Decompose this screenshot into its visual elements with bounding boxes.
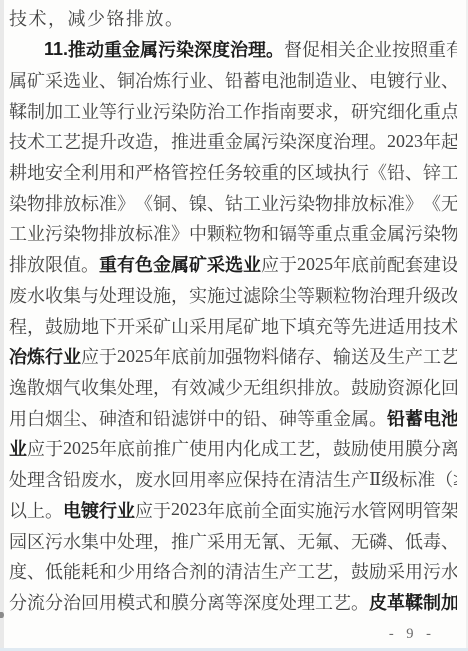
text-char: 技: [9, 128, 27, 154]
text-char: 准: [417, 466, 435, 492]
text-char: 、: [405, 159, 423, 185]
text-char: 细: [387, 98, 405, 124]
text-char: 工: [243, 190, 261, 216]
text-char: 离: [441, 435, 457, 461]
text-char: 排: [126, 5, 144, 31]
text-char: 少: [117, 558, 135, 584]
text-char: 水: [99, 466, 117, 492]
text-char: ，: [27, 313, 45, 339]
text-char: 铜: [153, 190, 171, 216]
text-char: 池: [279, 67, 297, 93]
text-char: 应: [27, 435, 45, 461]
text-char: 提: [81, 128, 99, 154]
text-char: 用: [99, 589, 117, 615]
text-char: 。: [81, 251, 99, 277]
text-char: 属: [387, 220, 405, 246]
text-char: 属: [9, 67, 27, 93]
text-char: 改: [117, 128, 135, 154]
text-char: 白: [27, 405, 45, 431]
text-char: 等: [297, 220, 315, 246]
text-char: 治: [369, 282, 387, 308]
text-char: 采: [189, 313, 207, 339]
text-char: 回: [81, 589, 99, 615]
text-char: 域: [315, 159, 333, 185]
text-char: 、: [315, 343, 333, 369]
text-char: 与: [81, 282, 99, 308]
text-char: 标: [399, 466, 417, 492]
text-char: 物: [243, 343, 261, 369]
text-char: 生: [333, 466, 351, 492]
text-char: 艺: [333, 589, 351, 615]
document-body: 技术，减少铬排放。11.推动重金属污染深度治理。督促相关企业按照重有色金属矿采选…: [9, 3, 457, 617]
text-char: 滤: [171, 405, 189, 431]
text-char: 地: [27, 159, 45, 185]
text-char: 制: [297, 67, 315, 93]
text-char: 值: [63, 251, 81, 277]
text-char: 强: [225, 343, 243, 369]
text-char: 、: [81, 405, 99, 431]
text-char: 在: [279, 466, 297, 492]
text-char: 废: [135, 466, 153, 492]
text-char: 减: [207, 374, 225, 400]
bold-text-char: 业: [117, 497, 135, 523]
text-char: 。: [165, 5, 183, 31]
bold-text-char: 业: [63, 343, 81, 369]
bold-text-char: 重: [104, 36, 122, 62]
text-char: 、: [27, 558, 45, 584]
text-char: 业: [189, 67, 207, 93]
text-char: 重: [207, 128, 225, 154]
text-char: 下: [279, 313, 297, 339]
text-char: 及: [369, 343, 387, 369]
text-char: 升: [99, 128, 117, 154]
text-char: Ⅱ: [369, 469, 381, 490]
text-char: 》: [405, 190, 423, 216]
text-char: 用: [99, 159, 117, 185]
text-char: 业: [27, 220, 45, 246]
text-char: 工: [225, 98, 243, 124]
text-char: 用: [189, 466, 207, 492]
text-char: 等: [297, 405, 315, 431]
text-char: 金: [333, 405, 351, 431]
text-char: 物: [351, 282, 369, 308]
text-char: 于: [153, 497, 171, 523]
bold-text-char: 炼: [27, 343, 45, 369]
text-char: 充: [315, 313, 333, 339]
text-char: 架: [441, 497, 457, 523]
text-char: 和: [117, 159, 135, 185]
text-char: 铅: [153, 405, 171, 431]
text-char: 成: [261, 435, 279, 461]
text-char: 内: [225, 435, 243, 461]
text-char: 业: [81, 98, 99, 124]
text-char: 区: [297, 159, 315, 185]
text-char: 分: [9, 589, 27, 615]
text-char: 。: [369, 405, 387, 431]
text-char: 广: [171, 435, 189, 461]
text-char: 属: [243, 128, 261, 154]
text-char: 鞣: [9, 98, 27, 124]
text-char: 排: [333, 190, 351, 216]
text-char: 艺: [441, 343, 457, 369]
text-char: 耗: [81, 558, 99, 584]
text-char: 年: [423, 128, 441, 154]
text-char: 理: [297, 589, 315, 615]
text-char: 磷: [369, 528, 387, 554]
text-char: 织: [279, 374, 297, 400]
text-char: 励: [63, 313, 81, 339]
text-char: ，: [48, 5, 66, 31]
text-line: 鞣制加工业等行业污染防治工作指南要求，研究细化重点行业: [9, 95, 457, 126]
text-char: 重: [423, 98, 441, 124]
text-char: 度: [9, 558, 27, 584]
text-char: 采: [45, 67, 63, 93]
text-char: 深: [243, 589, 261, 615]
text-char: 选: [63, 67, 81, 93]
text-char: 前: [369, 251, 387, 277]
text-char: 水: [153, 466, 171, 492]
text-char: 离: [207, 589, 225, 615]
text-char: 、: [441, 528, 457, 554]
text-char: 前: [135, 435, 153, 461]
text-char: 尘: [279, 282, 297, 308]
text-char: 采: [135, 313, 153, 339]
text-char: （: [435, 466, 453, 492]
text-char: 铅: [63, 466, 81, 492]
text-char: 染: [63, 220, 81, 246]
bold-text-char: 度: [212, 36, 230, 62]
text-char: 工: [297, 558, 315, 584]
text-char: 的: [207, 558, 225, 584]
text-char: 砷: [99, 405, 117, 431]
text-line: 度、低能耗和少用络合剂的清洁生产工艺，鼓励采用污水分质: [9, 556, 457, 587]
text-char: 使: [369, 435, 387, 461]
text-char: 限: [45, 251, 63, 277]
bold-text-char: 色: [135, 251, 153, 277]
text-char: 治: [207, 98, 225, 124]
text-char: 开: [117, 313, 135, 339]
text-char: 广: [189, 528, 207, 554]
text-char: 应: [261, 251, 279, 277]
text-line: 业应于2025年底前推广使用内化成工艺，鼓励使用膜分离技术: [9, 433, 457, 464]
text-char: 要: [297, 98, 315, 124]
text-char: ，: [171, 282, 189, 308]
text-char: 收: [45, 282, 63, 308]
text-char: 等: [333, 313, 351, 339]
text-char: 工: [315, 589, 333, 615]
text-char: 用: [405, 313, 423, 339]
bold-text-char: 行: [99, 497, 117, 523]
text-char: 应: [135, 497, 153, 523]
text-char: 标: [135, 220, 153, 246]
bold-text-char: 染: [176, 36, 194, 62]
text-char: 准: [387, 190, 405, 216]
text-char: 、: [279, 528, 297, 554]
text-char: 艺: [63, 128, 81, 154]
text-char: 存: [297, 343, 315, 369]
text-char: 。: [45, 497, 63, 523]
text-char: 染: [423, 220, 441, 246]
text-char: 合: [171, 558, 189, 584]
text-char: 物: [243, 220, 261, 246]
text-line: 分流分治回用模式和膜分离等深度处理工艺。皮革鞣制加工业: [9, 587, 457, 618]
text-char: 励: [369, 558, 387, 584]
text-char: 利: [81, 159, 99, 185]
bold-text-char: 有: [117, 251, 135, 277]
text-char: 《: [423, 190, 441, 216]
text-char: 砷: [279, 405, 297, 431]
text-char: 处: [9, 466, 27, 492]
text-char: 饼: [189, 405, 207, 431]
text-char: 年: [99, 435, 117, 461]
text-char: 产: [279, 558, 297, 584]
text-char: 以: [9, 497, 27, 523]
bold-text-char: 属: [140, 36, 158, 62]
text-char: 工: [423, 343, 441, 369]
text-char: 产: [351, 466, 369, 492]
text-char: 面: [279, 497, 297, 523]
text-char: 放: [27, 251, 45, 277]
text-char: 除: [261, 282, 279, 308]
text-char: 处: [117, 528, 135, 554]
text-char: 物: [81, 220, 99, 246]
text-char: 级: [423, 282, 441, 308]
text-char: ，: [117, 466, 135, 492]
scan-edge-left: [0, 0, 4, 651]
text-char: 施: [153, 282, 171, 308]
text-char: 矿: [27, 67, 45, 93]
text-char: 技: [423, 313, 441, 339]
text-char: 级: [381, 466, 399, 492]
text-char: 业: [374, 36, 392, 62]
text-char: 、: [387, 528, 405, 554]
text-char: 准: [99, 190, 117, 216]
text-char: 较: [243, 159, 261, 185]
text-char: 用: [135, 558, 153, 584]
text-char: 模: [117, 589, 135, 615]
bold-text-char: 金: [122, 36, 140, 62]
text-char: 储: [279, 343, 297, 369]
text-char: 。: [351, 589, 369, 615]
text-char: 、: [99, 67, 117, 93]
text-line: 11.推动重金属污染深度治理。督促相关企业按照重有色金: [9, 34, 457, 65]
text-char: 理: [135, 374, 153, 400]
text-char: 和: [153, 589, 171, 615]
text-char: 染: [171, 98, 189, 124]
text-char: 分: [423, 435, 441, 461]
text-char: ，: [153, 374, 171, 400]
text-line: 工业污染物排放标准》中颗粒物和镉等重点重金属污染物特别: [9, 218, 457, 249]
scan-artifact-speck: [0, 612, 4, 618]
text-char: 剂: [189, 558, 207, 584]
text-char: 区: [27, 528, 45, 554]
bold-text-char: 制: [423, 589, 441, 615]
text-char: 于: [279, 251, 297, 277]
text-char: ，: [153, 128, 171, 154]
text-char: 鼓: [351, 374, 369, 400]
text-char: 全: [261, 497, 279, 523]
bold-text-char: 深: [194, 36, 212, 62]
text-char: 、: [261, 405, 279, 431]
text-char: 钴: [225, 190, 243, 216]
text-char: 水: [27, 282, 45, 308]
bold-text-char: 革: [387, 589, 405, 615]
text-char: 放: [117, 220, 135, 246]
text-line: 耕地安全利用和严格管控任务较重的区域执行《铅、锌工业污: [9, 157, 457, 188]
text-char: 2025: [117, 346, 153, 367]
text-char: 工: [279, 435, 297, 461]
text-char: 集: [63, 282, 81, 308]
bold-text-char: 治: [230, 36, 248, 62]
text-char: 流: [27, 589, 45, 615]
text-char: 准: [153, 220, 171, 246]
text-char: 重: [261, 159, 279, 185]
text-char: 用: [9, 405, 27, 431]
text-char: 化: [405, 98, 423, 124]
text-line: 技术工艺提升改造，推进重金属污染深度治理。2023年起，在: [9, 126, 457, 157]
text-char: 源: [405, 374, 423, 400]
text-char: 严: [135, 159, 153, 185]
text-char: 铅: [243, 405, 261, 431]
text-char: 研: [351, 98, 369, 124]
bold-text-char: 皮: [369, 589, 387, 615]
text-char: 进: [189, 128, 207, 154]
text-char: 鼓: [351, 558, 369, 584]
bold-text-char: 电: [423, 405, 441, 431]
text-char: 排: [45, 190, 63, 216]
text-char: 中: [189, 220, 207, 246]
text-char: 网: [387, 497, 405, 523]
text-char: 年: [207, 497, 225, 523]
text-char: 造: [135, 128, 153, 154]
text-char: 业: [333, 67, 351, 93]
text-char: 于: [45, 435, 63, 461]
text-char: 放: [63, 190, 81, 216]
text-char: 进: [369, 313, 387, 339]
text-char: 重: [428, 36, 446, 62]
text-char: 锌: [423, 159, 441, 185]
text-char: 务: [225, 159, 243, 185]
bold-text-char: 污: [158, 36, 176, 62]
text-char: 污: [333, 497, 351, 523]
text-char: 组: [261, 374, 279, 400]
text-char: 染: [297, 190, 315, 216]
text-char: 氰: [261, 528, 279, 554]
text-char: 生: [387, 343, 405, 369]
bold-text-char: 矿: [189, 251, 207, 277]
bold-text-char: 蓄: [405, 405, 423, 431]
bold-text-char: 镀: [81, 497, 99, 523]
text-line: 逸散烟气收集处理，有效减少无组织排放。鼓励资源化回收利: [9, 372, 457, 403]
text-char: 造: [315, 67, 333, 93]
text-char: 施: [315, 497, 333, 523]
text-char: 标: [369, 190, 387, 216]
bold-text-char: 重: [99, 251, 117, 277]
bold-text-char: 。: [266, 36, 284, 62]
text-char: 金: [369, 220, 387, 246]
text-char: 先: [351, 313, 369, 339]
text-char: 作: [243, 98, 261, 124]
text-char: 理: [135, 528, 153, 554]
text-char: 保: [243, 466, 261, 492]
text-char: 电: [261, 67, 279, 93]
bold-text-char: 选: [225, 251, 243, 277]
text-char: 励: [369, 374, 387, 400]
text-char: 重: [315, 220, 333, 246]
text-char: 。: [369, 128, 387, 154]
text-char: 度: [261, 589, 279, 615]
text-char: 水: [351, 497, 369, 523]
text-char: 污: [405, 220, 423, 246]
bold-text-char: 铅: [387, 405, 405, 431]
text-char: 行: [171, 67, 189, 93]
text-char: 《: [135, 190, 153, 216]
text-char: 执: [333, 159, 351, 185]
text-char: 工: [63, 98, 81, 124]
text-char: 设: [135, 282, 153, 308]
text-char: 程: [9, 313, 27, 339]
text-char: 颗: [207, 220, 225, 246]
text-char: ，: [333, 98, 351, 124]
text-char: 生: [261, 558, 279, 584]
text-char: 效: [189, 374, 207, 400]
text-char: 地: [261, 313, 279, 339]
text-char: 清: [225, 558, 243, 584]
text-char: 、: [351, 67, 369, 93]
text-char: 理: [27, 466, 45, 492]
bold-text-char: 11.: [44, 39, 68, 60]
text-char: 含: [45, 466, 63, 492]
text-char: ≥: [453, 469, 457, 490]
text-char: 防: [189, 98, 207, 124]
text-char: 废: [9, 282, 27, 308]
text-char: 污: [423, 558, 441, 584]
text-char: 逸: [9, 374, 27, 400]
text-char: 烟: [45, 405, 63, 431]
text-char: 染: [279, 128, 297, 154]
text-char: 无: [297, 528, 315, 554]
text-char: 减: [68, 5, 86, 31]
text-char: 少: [87, 5, 105, 31]
text-char: 推: [171, 128, 189, 154]
text-char: 放: [146, 5, 164, 31]
text-char: 少: [225, 374, 243, 400]
text-char: 废: [81, 466, 99, 492]
text-char: 式: [135, 589, 153, 615]
bold-text-char: 池: [441, 405, 457, 431]
bold-text-char: 属: [171, 251, 189, 277]
text-char: 《: [369, 159, 387, 185]
bold-text-char: 动: [86, 36, 104, 62]
text-char: 管: [171, 159, 189, 185]
text-char: 行: [351, 159, 369, 185]
text-char: 镍: [189, 190, 207, 216]
text-char: 底: [171, 343, 189, 369]
text-char: 物: [27, 190, 45, 216]
text-char: 加: [207, 343, 225, 369]
text-char: 关: [338, 36, 356, 62]
text-char: 用: [387, 435, 405, 461]
text-char: 采: [387, 558, 405, 584]
text-char: 污: [45, 220, 63, 246]
text-char: 用: [405, 558, 423, 584]
text-char: 艺: [297, 435, 315, 461]
document-page: 技术，减少铬排放。11.推动重金属污染深度治理。督促相关企业按照重有色金属矿采选…: [0, 0, 468, 651]
text-char: 工: [45, 128, 63, 154]
text-char: 行: [117, 98, 135, 124]
text-char: 工: [441, 159, 457, 185]
text-char: 回: [441, 374, 457, 400]
